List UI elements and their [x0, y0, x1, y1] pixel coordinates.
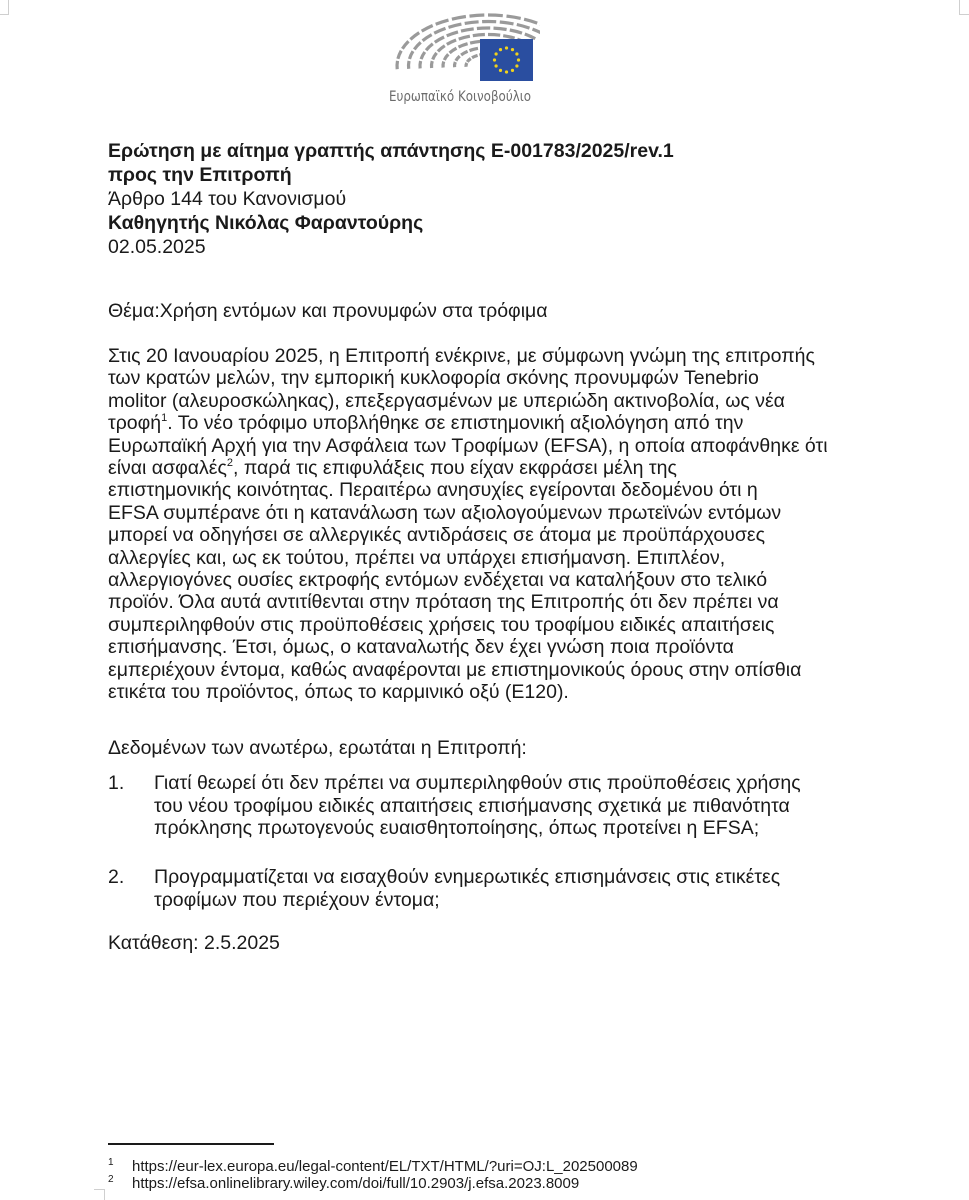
- body-line: ετικέτα του προϊόντος, όπως το καρμινικό…: [108, 681, 898, 703]
- crop-mark: [959, 0, 960, 14]
- body-line: επισήμανσης. Έτσι, όμως, ο καταναλωτής δ…: [108, 636, 898, 658]
- body-line: των κρατών μελών, την εμπορική κυκλοφορί…: [108, 367, 898, 389]
- logo-text: Ευρωπαϊκό Κοινοβούλιο: [353, 89, 566, 105]
- footnote-link[interactable]: https://eur-lex.europa.eu/legal-content/…: [132, 1158, 638, 1176]
- crop-mark: [959, 14, 969, 15]
- question-text: Προγραμματίζεται να εισαχθούν ενημερωτικ…: [154, 866, 780, 911]
- body-line: επιστημονικής κοινότητας. Περαιτέρω ανησ…: [108, 479, 898, 501]
- crop-mark: [104, 1189, 105, 1200]
- footnote-separator: [108, 1143, 274, 1145]
- crop-mark: [0, 14, 9, 15]
- body-line: molitor (αλευροσκώληκας), επεξεργασμένων…: [108, 390, 898, 412]
- body-line: τροφή1. Το νέο τρόφιμο υποβλήθηκε σε επι…: [108, 412, 898, 434]
- crop-mark: [8, 0, 9, 14]
- rule-reference: Άρθρο 144 του Κανονισμού: [108, 187, 674, 211]
- body-line: προϊόν. Όλα αυτά αντιτίθενται στην πρότα…: [108, 591, 898, 613]
- question-text: Γιατί θεωρεί ότι δεν πρέπει να συμπεριλη…: [154, 772, 801, 840]
- crop-mark: [94, 1189, 104, 1190]
- subject: Θέμα:Χρήση εντόμων και προνυμφών στα τρό…: [108, 299, 548, 323]
- body-line: Ευρωπαϊκή Αρχή για την Ασφάλεια των Τροφ…: [108, 435, 898, 457]
- body-line: συμπεριληφθούν στις προϋποθέσεις χρήσεις…: [108, 614, 898, 636]
- question-title: Ερώτηση με αίτημα γραπτής απάντησης E-00…: [108, 139, 674, 163]
- question-number: 2.: [108, 866, 124, 889]
- footnote-number: 2: [108, 1171, 114, 1189]
- addressee: προς την Επιτροπή: [108, 163, 674, 187]
- body-line: εμπεριέχουν έντομα, καθώς αναφέρονται με…: [108, 659, 898, 681]
- body-line: αλλεργιογόνες ουσίες εκτροφής εντόμων εν…: [108, 569, 898, 591]
- author: Καθηγητής Νικόλας Φαραντούρης: [108, 211, 674, 235]
- body-line: Στις 20 Ιανουαρίου 2025, η Επιτροπή ενέκ…: [108, 345, 898, 367]
- question-header: Ερώτηση με αίτημα γραπτής απάντησης E-00…: [108, 139, 674, 259]
- body-line: μπορεί να οδηγήσει σε αλλεργικές αντιδρά…: [108, 524, 898, 546]
- filing-date: Κατάθεση: 2.5.2025: [108, 931, 280, 955]
- body-line: EFSA συμπέρανε ότι η κατανάλωση των αξιο…: [108, 502, 898, 524]
- footnote-link[interactable]: https://efsa.onlinelibrary.wiley.com/doi…: [132, 1175, 579, 1193]
- footnote-number: 1: [108, 1154, 114, 1172]
- question-number: 1.: [108, 772, 124, 795]
- body-line: αλλεργίες και, ως εκ τούτου, πρέπει να υ…: [108, 547, 898, 569]
- body-paragraph: Στις 20 Ιανουαρίου 2025, η Επιτροπή ενέκ…: [108, 345, 898, 704]
- body-line: είναι ασφαλές2, παρά τις επιφυλάξεις που…: [108, 457, 898, 479]
- question-date: 02.05.2025: [108, 235, 674, 259]
- questions-intro: Δεδομένων των ανωτέρω, ερωτάται η Επιτρο…: [108, 736, 527, 760]
